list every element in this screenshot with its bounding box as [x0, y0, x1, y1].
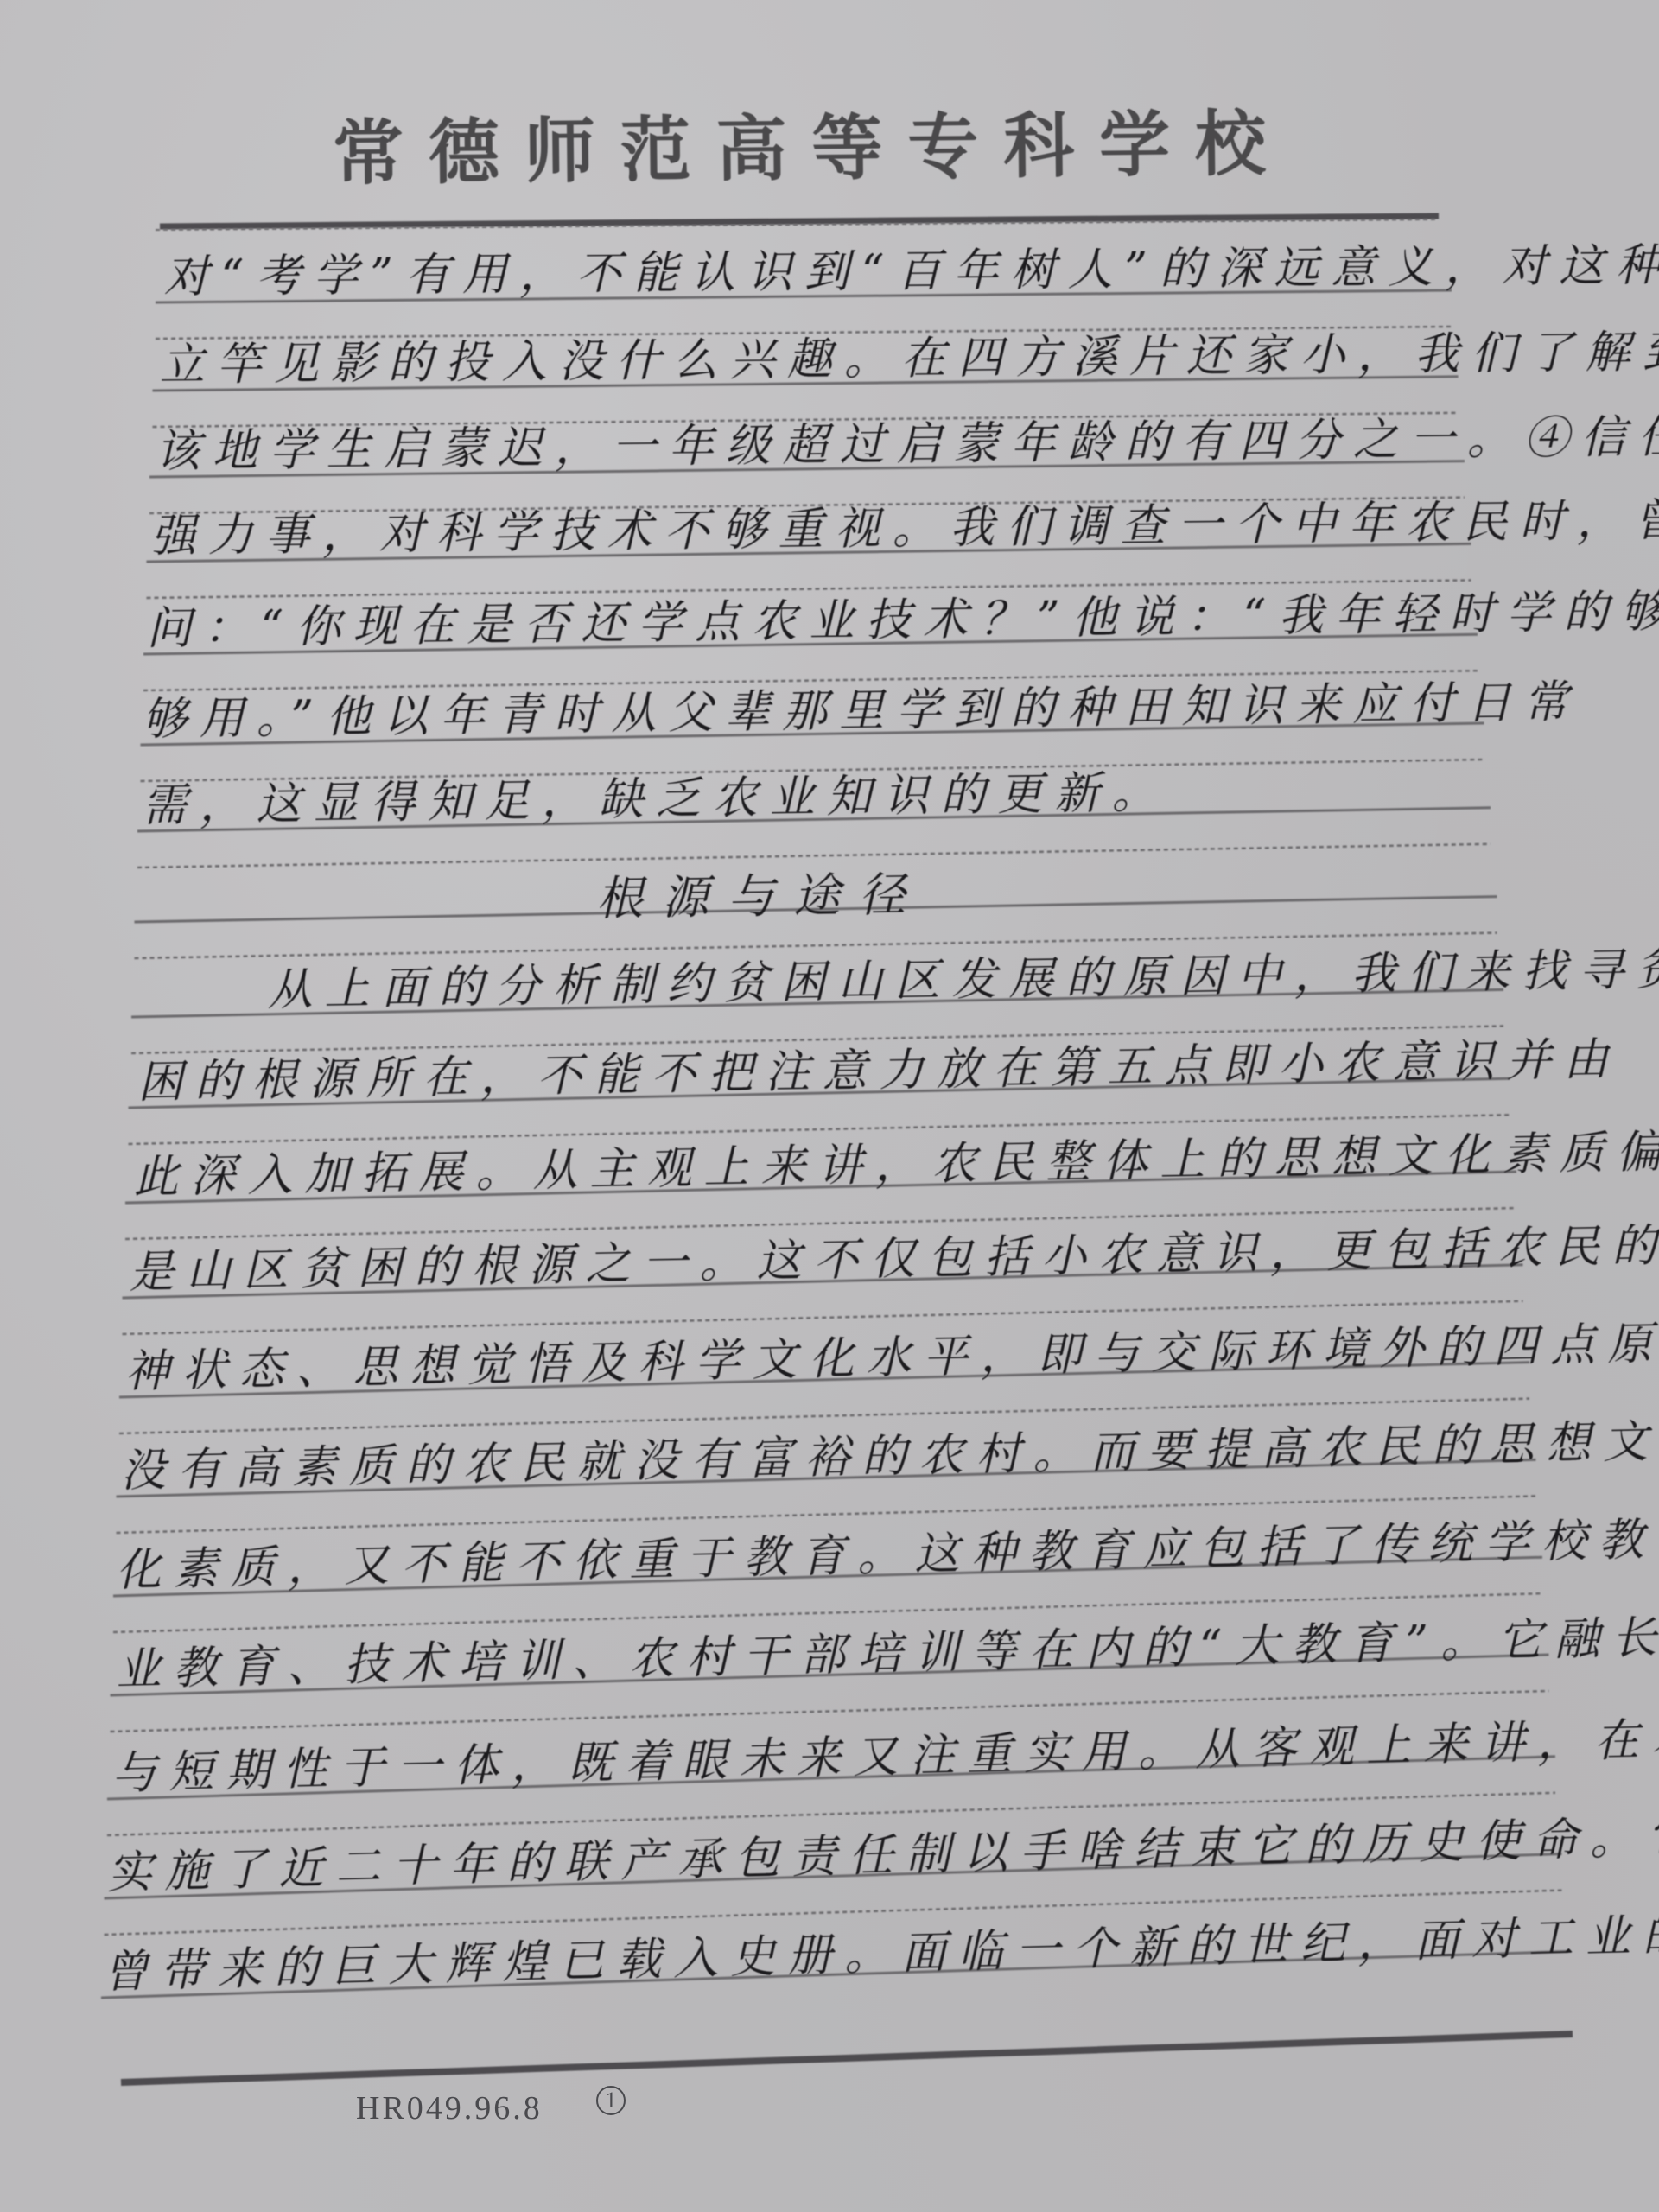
- text-line-18: 曾带来的巨大辉煌已载入史册。面临一个新的世纪，面对工业的: [102, 1897, 1659, 2000]
- text-line-1: 对“考学”有用，不能认识到“百年树人”的深远意义，对这种不能: [163, 227, 1659, 305]
- text-line-14: 化素质，又不能不依重于教育。这种教育应包括了传统学校教育、职: [115, 1499, 1659, 1599]
- text-line-2: 立竿见影的投入没什么兴趣。在四方溪片还家小，我们了解到：: [159, 315, 1659, 393]
- form-code: HR049.96.8: [356, 2089, 543, 2127]
- text-line-16: 与短期性于一体，既着眼未来又注重实用。从客观上来讲，在农村: [111, 1700, 1659, 1802]
- section-heading: 根源与途径: [595, 857, 925, 928]
- text-line-10: 此深入加拓展。从主观上来讲，农民整体上的思想文化素质偏低: [133, 1114, 1659, 1205]
- text-line-13: 没有高素质的农民就没有富裕的农村。而要提高农民的思想文: [120, 1405, 1659, 1499]
- text-line-4: 强力事，对科学技术不够重视。我们调查一个中年农民时，曾: [150, 483, 1659, 564]
- text-line-15: 业教育、技术培训、农村干部培训等在内的“大教育”。它融长期性: [115, 1599, 1659, 1698]
- text-line-12: 神状态、思想觉悟及科学文化水平，即与交际环境外的四点原因。: [124, 1305, 1659, 1400]
- page-number: 1: [606, 2088, 617, 2113]
- text-line-7: 需，这显得知足，缺乏农业知识的更新。: [142, 755, 1169, 834]
- text-line-8: 从上面的分析制约贫困山区发展的原因中，我们来找寻贫: [172, 932, 1659, 1020]
- text-line-5: 问：“你现在是否还学点农业技术？”他说：“我年轻时学的够了，: [146, 573, 1659, 657]
- text-line-6: 够用。”他以年青时从父辈那里学到的种田知识来应付日常: [142, 665, 1580, 747]
- text-line-9: 困的根源所在，不能不把注意力放在第五点即小农意识并由: [137, 1022, 1621, 1110]
- handwritten-body: 对“考学”有用，不能认识到“百年树人”的深远意义，对这种不能 立竿见影的投入没什…: [0, 0, 1659, 2212]
- text-line-17: 实施了近二十年的联产承包责任制以手啥结束它的历史使命。它所: [106, 1799, 1659, 1901]
- text-line-3: 该地学生启蒙迟，一年级超过启蒙年龄的有四分之一。④信任: [155, 400, 1659, 480]
- text-line-11: 是山区贫困的根源之一。这不仅包括小农意识，更包括农民的精: [129, 1208, 1659, 1300]
- page-number-circled: 1: [596, 2086, 626, 2115]
